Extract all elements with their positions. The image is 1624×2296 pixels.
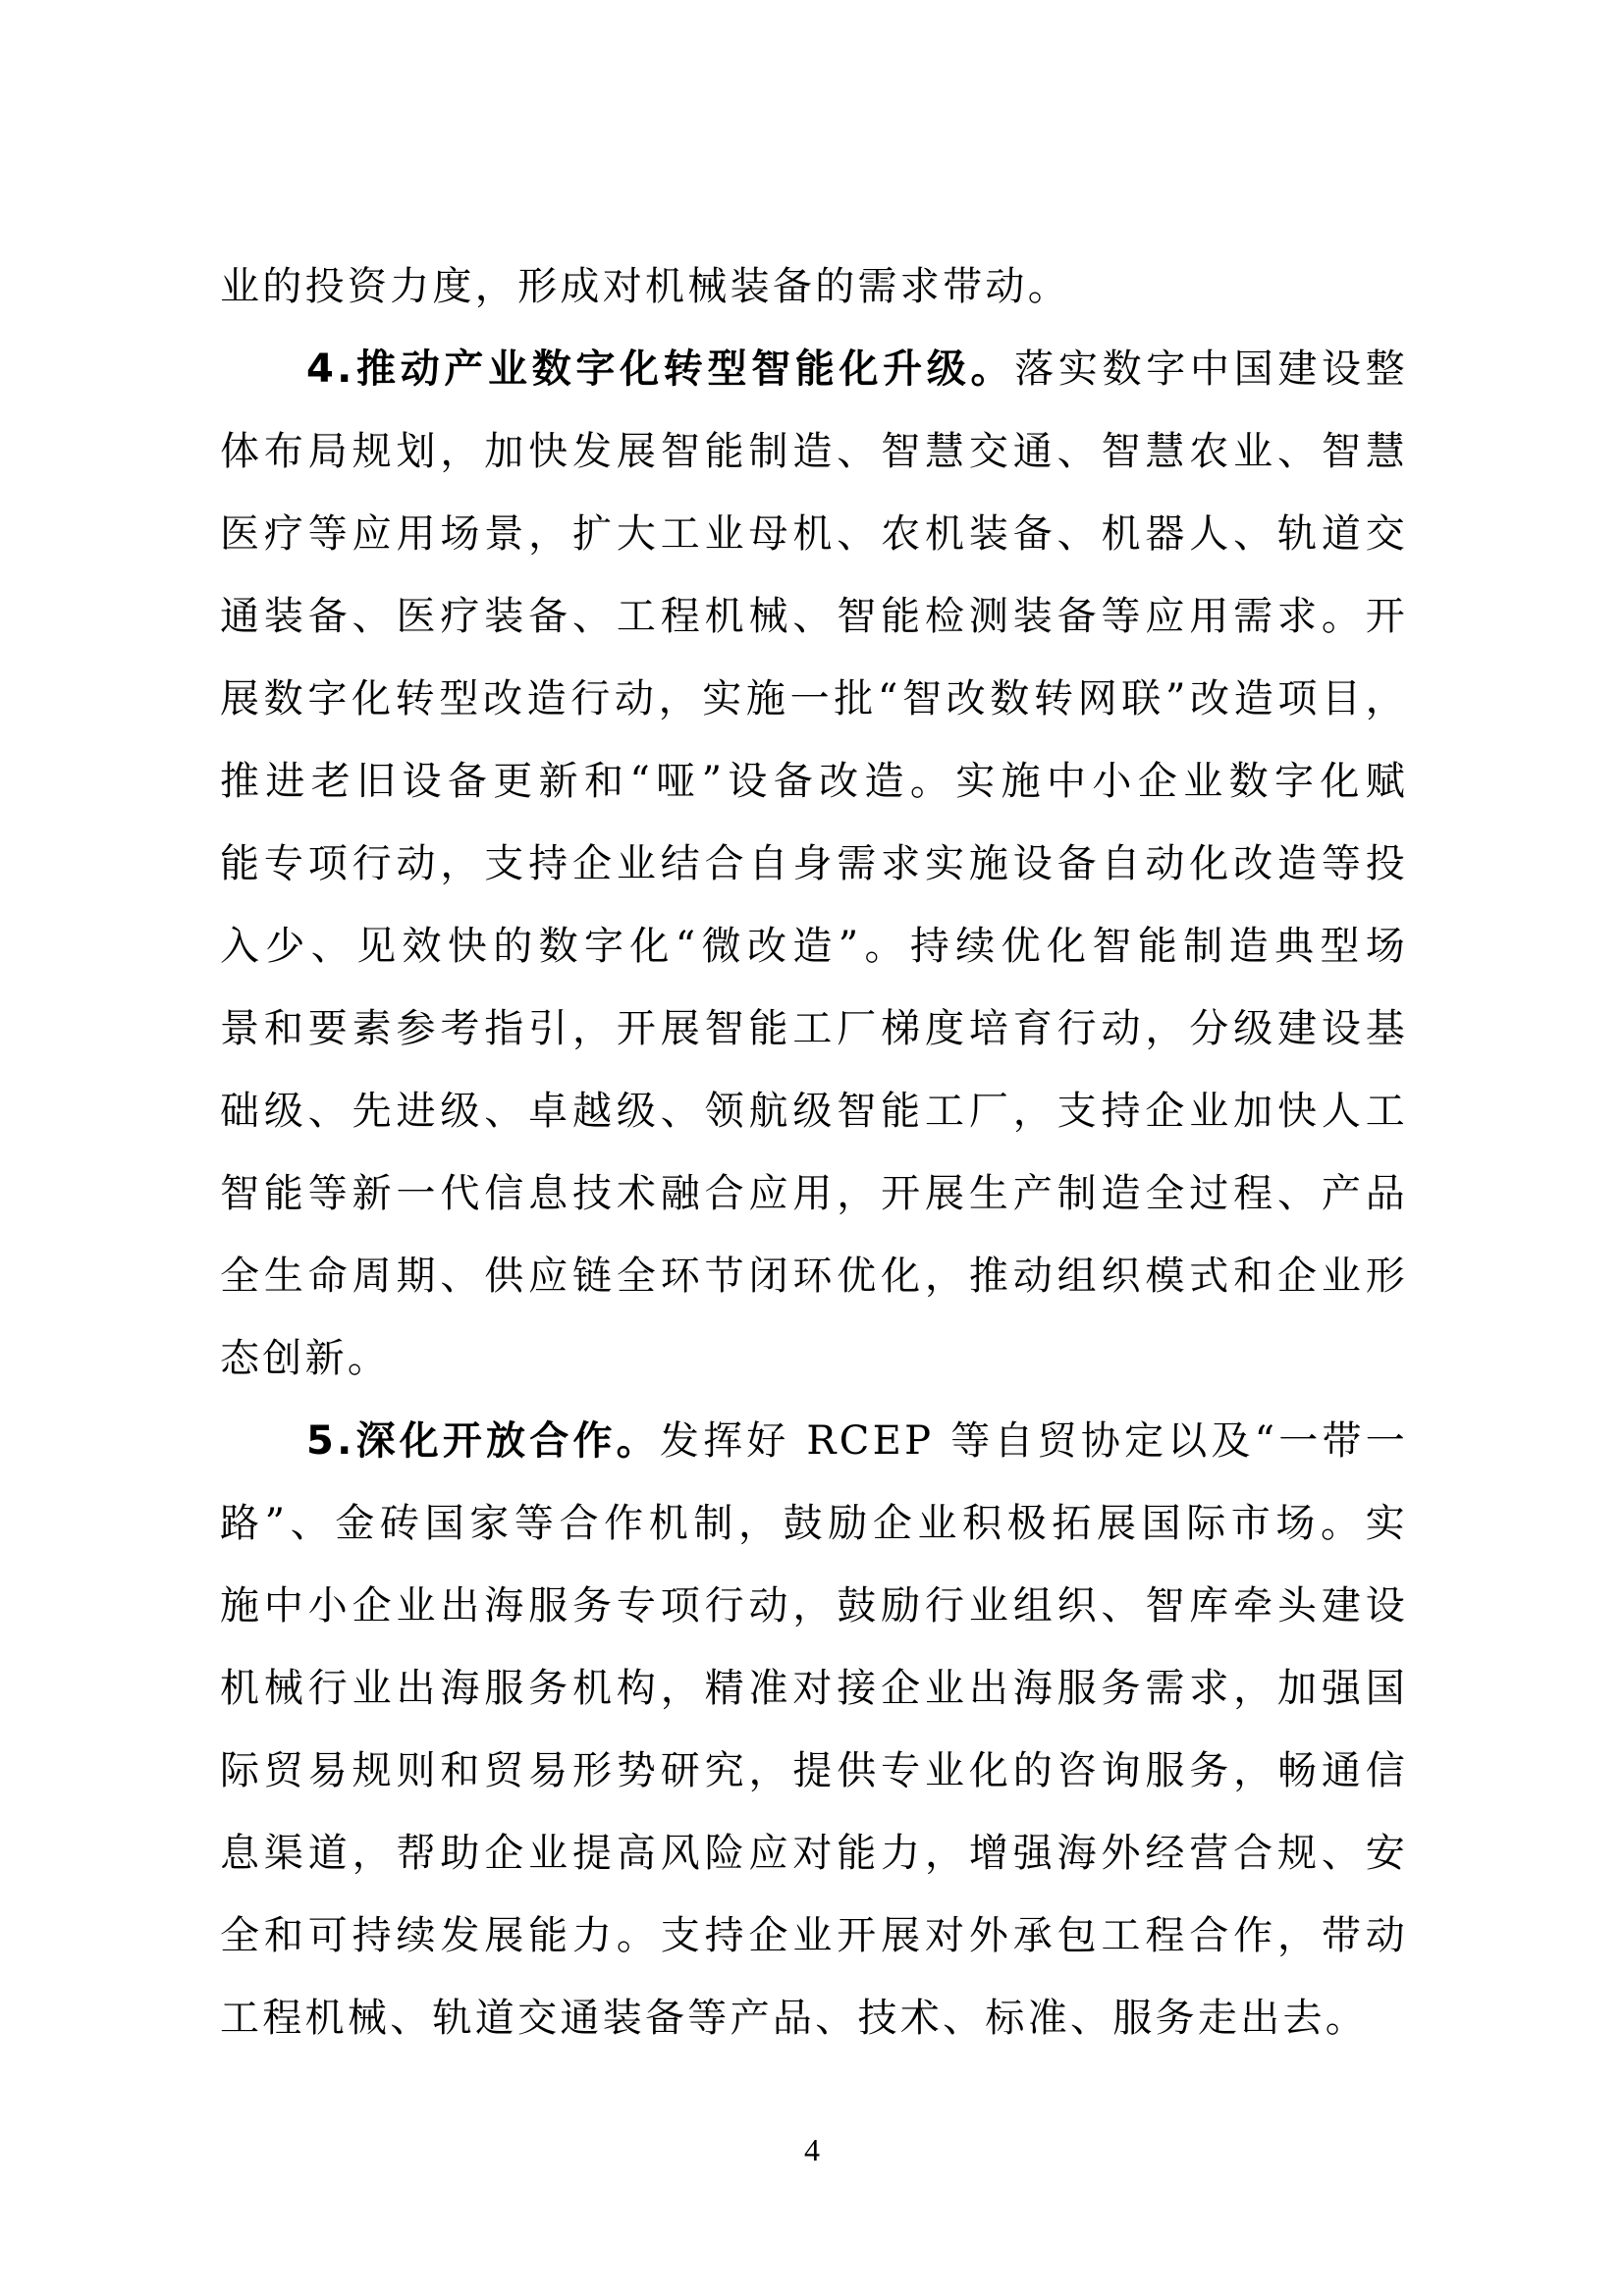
section-4-line: 能专项行动，支持企业结合自身需求实施设备自动化改造等投	[220, 823, 1408, 905]
section-4-line: 通装备、医疗装备、工程机械、智能检测装备等应用需求。开	[220, 575, 1408, 658]
section-4-line: 智能等新一代信息技术融合应用，开展生产制造全过程、产品	[220, 1152, 1408, 1235]
section-5-line: 全和可持续发展能力。支持企业开展对外承包工程合作，带动	[220, 1895, 1408, 1977]
section-5-line: 工程机械、轨道交通装备等产品、技术、标准、服务走出去。	[220, 1977, 1408, 2059]
section-4-line: 医疗等应用场景，扩大工业母机、农机装备、机器人、轨道交	[220, 493, 1408, 575]
section-4-first-line: 4.推动产业数字化转型智能化升级。落实数字中国建设整	[220, 328, 1408, 410]
section-4-line: 体布局规划，加快发展智能制造、智慧交通、智慧农业、智慧	[220, 410, 1408, 493]
section-4-line: 推进老旧设备更新和“哑”设备改造。实施中小企业数字化赋	[220, 740, 1408, 823]
section-4-heading: 4.推动产业数字化转型智能化升级。	[306, 347, 1014, 392]
section-4-line: 全生命周期、供应链全环节闭环优化，推动组织模式和企业形	[220, 1235, 1408, 1317]
paragraph-continuation-line: 业的投资力度，形成对机械装备的需求带动。	[220, 245, 1408, 328]
page-number: 4	[0, 2132, 1624, 2168]
section-5-line: 机械行业出海服务机构，精准对接企业出海服务需求，加强国	[220, 1647, 1408, 1730]
section-5-line: 路”、金砖国家等合作机制，鼓励企业积极拓展国际市场。实	[220, 1482, 1408, 1565]
document-body: 业的投资力度，形成对机械装备的需求带动。 4.推动产业数字化转型智能化升级。落实…	[220, 245, 1408, 2059]
section-5-heading: 5.深化开放合作。	[306, 1418, 660, 1464]
section-5-line: 际贸易规则和贸易形势研究，提供专业化的咨询服务，畅通信	[220, 1730, 1408, 1812]
section-5-first-line-text: 发挥好 RCEP 等自贸协定以及“一带一	[660, 1418, 1408, 1464]
section-4-first-line-text: 落实数字中国建设整	[1014, 347, 1408, 392]
section-5-line: 息渠道，帮助企业提高风险应对能力，增强海外经营合规、安	[220, 1812, 1408, 1895]
section-4-line: 入少、见效快的数字化“微改造”。持续优化智能制造典型场	[220, 905, 1408, 988]
section-4-line: 景和要素参考指引，开展智能工厂梯度培育行动，分级建设基	[220, 988, 1408, 1070]
section-4-line: 态创新。	[220, 1317, 1408, 1400]
section-4-line: 展数字化转型改造行动，实施一批“智改数转网联”改造项目，	[220, 658, 1408, 740]
section-4-line: 础级、先进级、卓越级、领航级智能工厂，支持企业加快人工	[220, 1070, 1408, 1152]
section-5-first-line: 5.深化开放合作。发挥好 RCEP 等自贸协定以及“一带一	[220, 1400, 1408, 1482]
section-5-line: 施中小企业出海服务专项行动，鼓励行业组织、智库牵头建设	[220, 1565, 1408, 1647]
